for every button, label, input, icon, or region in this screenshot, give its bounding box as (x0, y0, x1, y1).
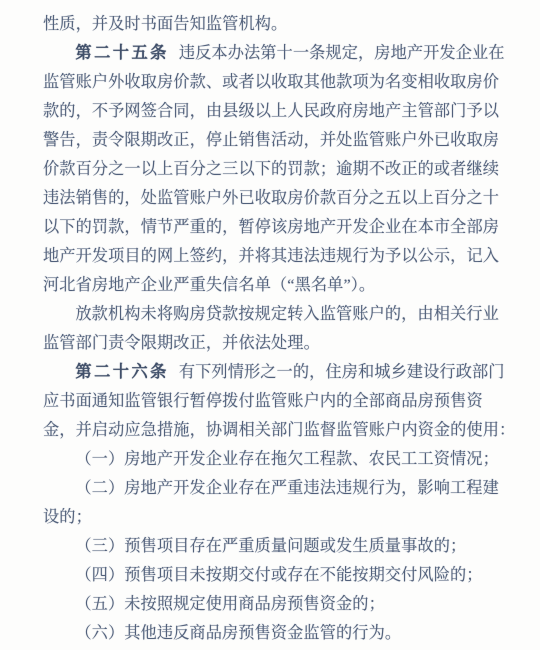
text-line: 监管账户外收取房价款、或者以收取其他款项为名变相收取房价 (43, 68, 497, 97)
text-line: （五）未按照规定使用商品房预售资金的； (43, 590, 497, 619)
text-line: 款的，不予网签合同，由县级以上人民政府房地产主管部门予以 (43, 97, 497, 126)
line-text: 警告，责令限期改正，停止销售活动，并处监管账户外已收取房 (43, 131, 499, 149)
text-line: 金，并启动应急措施，协调相关部门监督监管账户内资金的使用： (43, 416, 497, 445)
article-number: 第二十六条 (75, 363, 168, 381)
line-text: （一）房地产开发企业存在拖欠工程款、农民工工资情况； (75, 450, 498, 468)
text-line: 以下的罚款，情节严重的，暂停该房地产开发企业在本市全部房 (43, 213, 497, 242)
line-text: 设的； (43, 508, 92, 526)
line-text: （二）房地产开发企业存在严重违法违规行为，影响工程建 (75, 479, 498, 497)
text-line: 第二十五条违反本办法第十一条规定，房地产开发企业在 (43, 39, 497, 68)
text-line: 价款百分之一以上百分之三以下的罚款；逾期不改正的或者继续 (43, 155, 497, 184)
text-line: 监管部门责令限期改正，并依法处理。 (43, 329, 497, 358)
line-text: 价款百分之一以上百分之三以下的罚款；逾期不改正的或者继续 (43, 160, 499, 178)
text-line: 性质，并及时书面告知监管机构。 (43, 10, 497, 39)
text-line: 违法销售的，处监管账户外已收取房价款百分之五以上百分之十 (43, 184, 497, 213)
line-text: 金，并启动应急措施，协调相关部门监督监管账户内资金的使用： (43, 421, 515, 439)
text-line: 第二十六条有下列情形之一的，住房和城乡建设行政部门 (43, 358, 497, 387)
document-page: 性质，并及时书面告知监管机构。第二十五条违反本办法第十一条规定，房地产开发企业在… (0, 0, 540, 650)
text-line: （一）房地产开发企业存在拖欠工程款、农民工工资情况； (43, 445, 497, 474)
text-line: （二）房地产开发企业存在严重违法违规行为，影响工程建 (43, 474, 497, 503)
text-line: （六）其他违反商品房预售资金监管的行为。 (43, 619, 497, 648)
article-number: 第二十五条 (75, 44, 168, 62)
line-text: 以下的罚款，情节严重的，暂停该房地产开发企业在本市全部房 (43, 218, 499, 236)
line-text: 放款机构未将购房贷款按规定转入监管账户的，由相关行业 (75, 305, 498, 323)
text-line: （四）预售项目未按期交付或存在不能按期交付风险的； (43, 561, 497, 590)
text-line: 设的； (43, 503, 497, 532)
line-text: 应书面通知监管银行暂停拨付监管账户内的全部商品房预售资 (43, 392, 483, 410)
line-text: （六）其他违反商品房预售资金监管的行为。 (75, 624, 401, 642)
line-text: （四）预售项目未按期交付或存在不能按期交付风险的； (75, 566, 482, 584)
line-text: 款的，不予网签合同，由县级以上人民政府房地产主管部门予以 (43, 102, 499, 120)
text-line: 放款机构未将购房贷款按规定转入监管账户的，由相关行业 (43, 300, 497, 329)
line-text: 监管账户外收取房价款、或者以收取其他款项为名变相收取房价 (43, 73, 499, 91)
document-text: 性质，并及时书面告知监管机构。第二十五条违反本办法第十一条规定，房地产开发企业在… (0, 0, 540, 648)
text-line: 应书面通知监管银行暂停拨付监管账户内的全部商品房预售资 (43, 387, 497, 416)
text-line: （三）预售项目存在严重质量问题或发生质量事故的； (43, 532, 497, 561)
line-text: 监管部门责令限期改正，并依法处理。 (43, 334, 320, 352)
line-text: 有下列情形之一的，住房和城乡建设行政部门 (179, 363, 505, 381)
line-text: 违反本办法第十一条规定，房地产开发企业在 (179, 44, 505, 62)
line-text: 性质，并及时书面告知监管机构。 (43, 15, 287, 33)
line-text: 违法销售的，处监管账户外已收取房价款百分之五以上百分之十 (43, 189, 499, 207)
text-line: 警告，责令限期改正，停止销售活动，并处监管账户外已收取房 (43, 126, 497, 155)
line-text: （三）预售项目存在严重质量问题或发生质量事故的； (75, 537, 466, 555)
text-line: 河北省房地产企业严重失信名单（“黑名单”）。 (43, 271, 497, 300)
line-text: 地产开发项目的网上签约，并将其违法违规行为予以公示，记入 (43, 247, 499, 265)
line-text: 河北省房地产企业严重失信名单（“黑名单”）。 (43, 276, 375, 294)
line-text: （五）未按照规定使用商品房预售资金的； (75, 595, 384, 613)
text-line: 地产开发项目的网上签约，并将其违法违规行为予以公示，记入 (43, 242, 497, 271)
